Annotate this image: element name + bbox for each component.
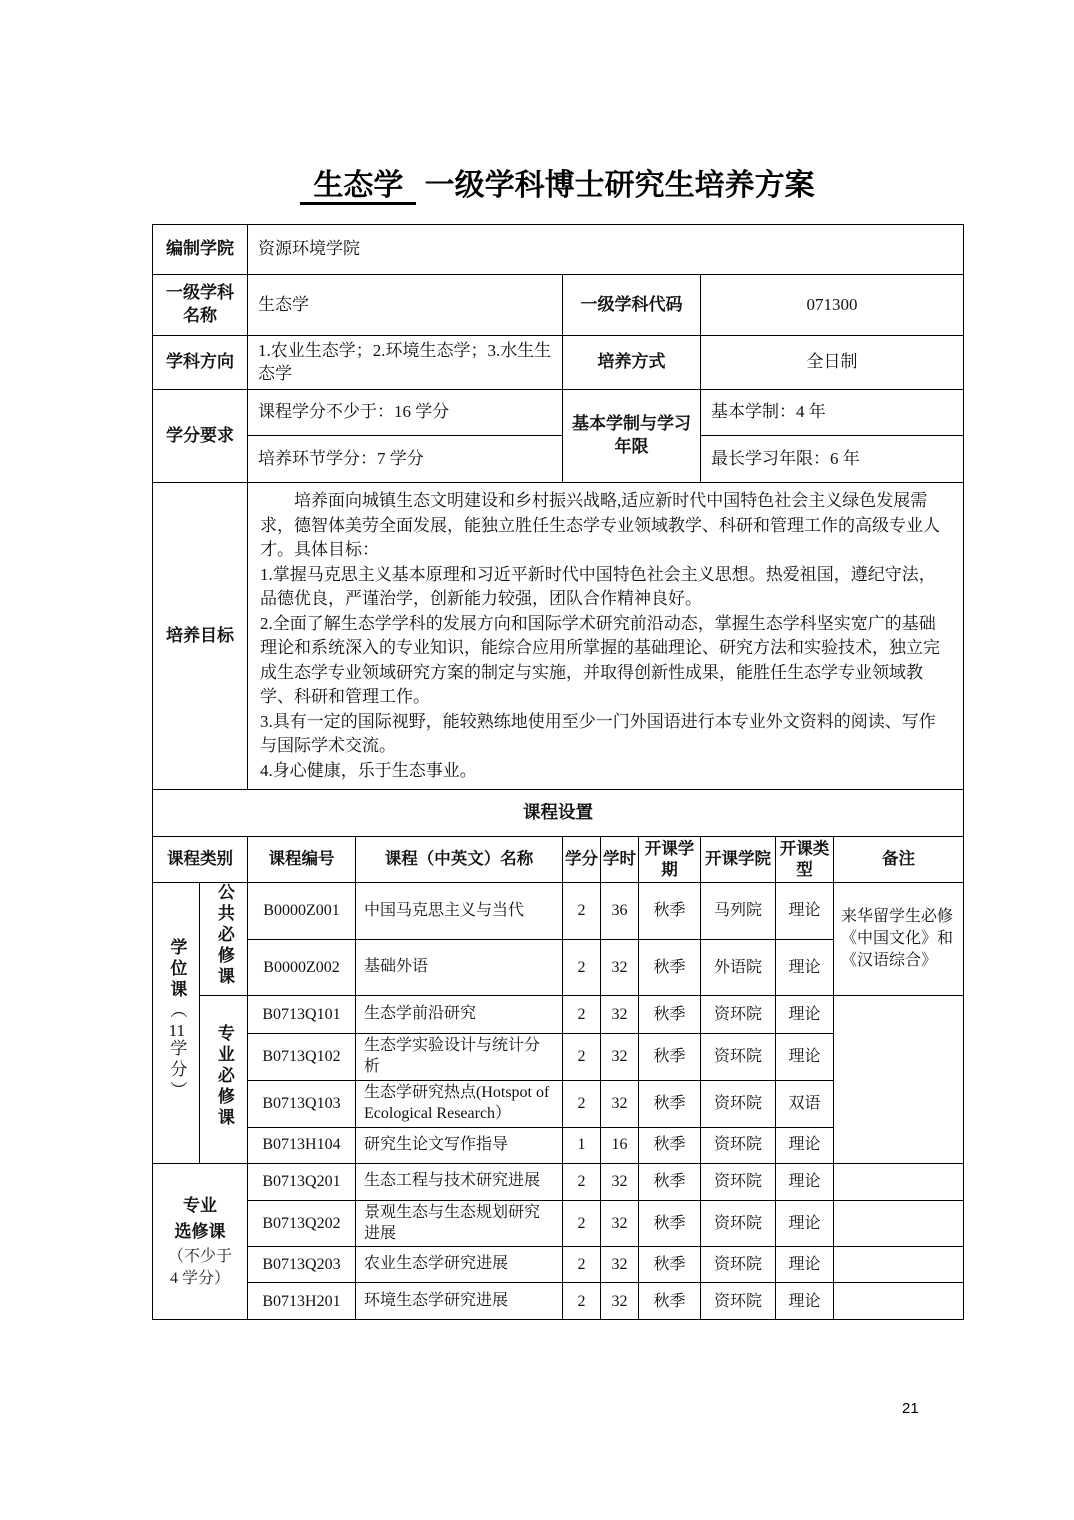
course-type: 理论 [776,1247,834,1283]
course-hours: 32 [601,1163,639,1200]
course-name: 生态学前沿研究 [356,996,563,1034]
objectives-label: 培养目标 [153,483,248,790]
table-row: 一级学科名称 生态学 一级学科代码 071300 [153,275,964,336]
course-name: 研究生论文写作指导 [356,1127,563,1163]
compiling-college-label: 编制学院 [153,225,248,275]
degree-label-paren: （ [167,1001,186,1022]
table-row: 编制学院 资源环境学院 [153,225,964,275]
course-code: B0713Q201 [248,1163,356,1200]
schedule-basic-value: 基本学制：4 年 [701,390,964,436]
header-credits: 学分 [563,837,601,883]
course-hours: 16 [601,1127,639,1163]
discipline-name-value: 生态学 [248,275,563,336]
elective-label: 专业 选修课 [155,1193,245,1246]
course-code: B0713H104 [248,1127,356,1163]
course-credits: 2 [563,1200,601,1247]
course-semester: 秋季 [639,1034,701,1081]
course-type: 理论 [776,940,834,996]
course-semester: 秋季 [639,1200,701,1247]
training-plan-document: 生态学 一级学科博士研究生培养方案 编制学院 资源环境学院 一级学科名称 生态学… [152,160,963,1320]
header-name: 课程（中英文）名称 [356,837,563,883]
header-hours: 学时 [601,837,639,883]
course-college: 资环院 [701,996,776,1034]
course-semester: 秋季 [639,1283,701,1320]
table-row: B0713Q203 农业生态学研究进展 2 32 秋季 资环院 理论 [153,1247,964,1283]
course-code: B0000Z002 [248,940,356,996]
degree-label-rest: 学分） [167,1039,186,1102]
remarks-cell-empty [834,1247,964,1283]
course-credits: 2 [563,1283,601,1320]
degree-course-label: 学位课（11学分） [167,938,186,1102]
course-college: 资环院 [701,1247,776,1283]
course-table-header-row: 课程类别 课程编号 课程（中英文）名称 学分 学时 开课学期 开课学院 开课类型… [153,837,964,883]
course-type: 理论 [776,1163,834,1200]
category-public-required-cell: 公共必修课 [200,883,248,996]
course-name: 环境生态学研究进展 [356,1283,563,1320]
remarks-cell-empty [834,1283,964,1320]
discipline-name-label: 一级学科名称 [153,275,248,336]
course-hours: 32 [601,1283,639,1320]
course-code: B0713Q101 [248,996,356,1034]
training-plan-table: 编制学院 资源环境学院 一级学科名称 生态学 一级学科代码 071300 学科方… [152,224,964,1320]
course-name: 农业生态学研究进展 [356,1247,563,1283]
course-credits: 2 [563,1034,601,1081]
course-code: B0713H201 [248,1283,356,1320]
course-code: B0713Q202 [248,1200,356,1247]
degree-label-main: 学位课 [167,938,186,1001]
credit-req-course-value: 课程学分不少于：16 学分 [248,390,563,436]
course-hours: 32 [601,1200,639,1247]
credit-req-training-value: 培养环节学分：7 学分 [248,436,563,483]
compiling-college-value: 资源环境学院 [248,225,964,275]
course-hours: 32 [601,1247,639,1283]
table-row: 学分要求 课程学分不少于：16 学分 基本学制与学习年限 基本学制：4 年 [153,390,964,436]
table-row: 课程设置 [153,790,964,837]
table-row: 专业必修课 B0713Q101 生态学前沿研究 2 32 秋季 资环院 理论 [153,996,964,1034]
schedule-label: 基本学制与学习年限 [563,390,701,483]
course-name: 生态学实验设计与统计分析 [356,1034,563,1081]
public-required-label: 公共必修课 [214,883,233,988]
schedule-max-value: 最长学习年限：6 年 [701,436,964,483]
course-code: B0713Q203 [248,1247,356,1283]
course-credits: 2 [563,1247,601,1283]
table-row: 专业 选修课 （不少于 4 学分） B0713Q201 生态工程与技术研究进展 … [153,1163,964,1200]
page-number: 21 [902,1400,919,1417]
course-credits: 2 [563,1163,601,1200]
course-college: 资环院 [701,1081,776,1128]
training-mode-value: 全日制 [701,336,964,390]
course-semester: 秋季 [639,1247,701,1283]
course-name: 基础外语 [356,940,563,996]
table-row: 培养环节学分：7 学分 最长学习年限：6 年 [153,436,964,483]
document-page: 生态学 一级学科博士研究生培养方案 编制学院 资源环境学院 一级学科名称 生态学… [0,0,1074,1520]
course-semester: 秋季 [639,1163,701,1200]
course-college: 资环院 [701,1034,776,1081]
header-remarks: 备注 [834,837,964,883]
course-type: 理论 [776,1127,834,1163]
course-name: 生态学研究热点(Hotspot of Ecological Research） [356,1081,563,1128]
course-name: 生态工程与技术研究进展 [356,1163,563,1200]
table-row: 学位课（11学分） 公共必修课 B0000Z001 中国马克思主义与当代 2 3… [153,883,964,940]
header-college: 开课学院 [701,837,776,883]
course-college: 马列院 [701,883,776,940]
header-code: 课程编号 [248,837,356,883]
course-college: 资环院 [701,1163,776,1200]
remarks-cell-empty [834,1200,964,1247]
discipline-name-underlined: 生态学 [300,169,416,205]
course-credits: 2 [563,996,601,1034]
title-rest: 一级学科博士研究生培养方案 [425,169,815,202]
remarks-cell: 来华留学生必修《中国文化》和《汉语综合》 [834,883,964,996]
course-college: 资环院 [701,1200,776,1247]
table-row: B0713Q202 景观生态与生态规划研究进展 2 32 秋季 资环院 理论 [153,1200,964,1247]
course-type: 理论 [776,883,834,940]
header-category: 课程类别 [153,837,248,883]
course-college: 资环院 [701,1283,776,1320]
category-degree-course-cell: 学位课（11学分） [153,883,200,1164]
elective-label-note: （不少于 4 学分） [155,1246,245,1291]
header-semester: 开课学期 [639,837,701,883]
course-name: 中国马克思主义与当代 [356,883,563,940]
table-row: 学科方向 1.农业生态学；2.环境生态学；3.水生生态学 培养方式 全日制 [153,336,964,390]
course-college: 资环院 [701,1127,776,1163]
discipline-code-label: 一级学科代码 [563,275,701,336]
credit-req-label: 学分要求 [153,390,248,483]
course-college: 外语院 [701,940,776,996]
course-hours: 32 [601,940,639,996]
course-semester: 秋季 [639,1081,701,1128]
remarks-cell-empty [834,996,964,1164]
training-mode-label: 培养方式 [563,336,701,390]
degree-label-number: 11 [167,1022,186,1039]
course-credits: 2 [563,883,601,940]
table-row: 培养目标 培养面向城镇生态文明建设和乡村振兴战略,适应新时代中国特色社会主义绿色… [153,483,964,790]
category-major-required-cell: 专业必修课 [200,996,248,1164]
directions-label: 学科方向 [153,336,248,390]
course-hours: 32 [601,1034,639,1081]
course-type: 理论 [776,1034,834,1081]
course-code: B0713Q102 [248,1034,356,1081]
course-type: 理论 [776,1200,834,1247]
page-title: 生态学 一级学科博士研究生培养方案 [152,160,963,204]
course-type: 双语 [776,1081,834,1128]
course-hours: 36 [601,883,639,940]
course-semester: 秋季 [639,996,701,1034]
course-credits: 1 [563,1127,601,1163]
remarks-cell-empty [834,1163,964,1200]
objectives-text: 培养面向城镇生态文明建设和乡村振兴战略,适应新时代中国特色社会主义绿色发展需求，… [248,483,964,790]
discipline-code-value: 071300 [701,275,964,336]
course-hours: 32 [601,996,639,1034]
directions-value: 1.农业生态学；2.环境生态学；3.水生生态学 [248,336,563,390]
header-type: 开课类型 [776,837,834,883]
course-credits: 2 [563,1081,601,1128]
course-type: 理论 [776,996,834,1034]
course-credits: 2 [563,940,601,996]
course-semester: 秋季 [639,883,701,940]
course-semester: 秋季 [639,1127,701,1163]
table-row: B0713H201 环境生态学研究进展 2 32 秋季 资环院 理论 [153,1283,964,1320]
course-name: 景观生态与生态规划研究进展 [356,1200,563,1247]
major-required-label: 专业必修课 [214,1024,233,1129]
course-hours: 32 [601,1081,639,1128]
course-section-title: 课程设置 [153,790,964,837]
course-semester: 秋季 [639,940,701,996]
course-type: 理论 [776,1283,834,1320]
course-code: B0713Q103 [248,1081,356,1128]
course-code: B0000Z001 [248,883,356,940]
category-elective-cell: 专业 选修课 （不少于 4 学分） [153,1163,248,1320]
